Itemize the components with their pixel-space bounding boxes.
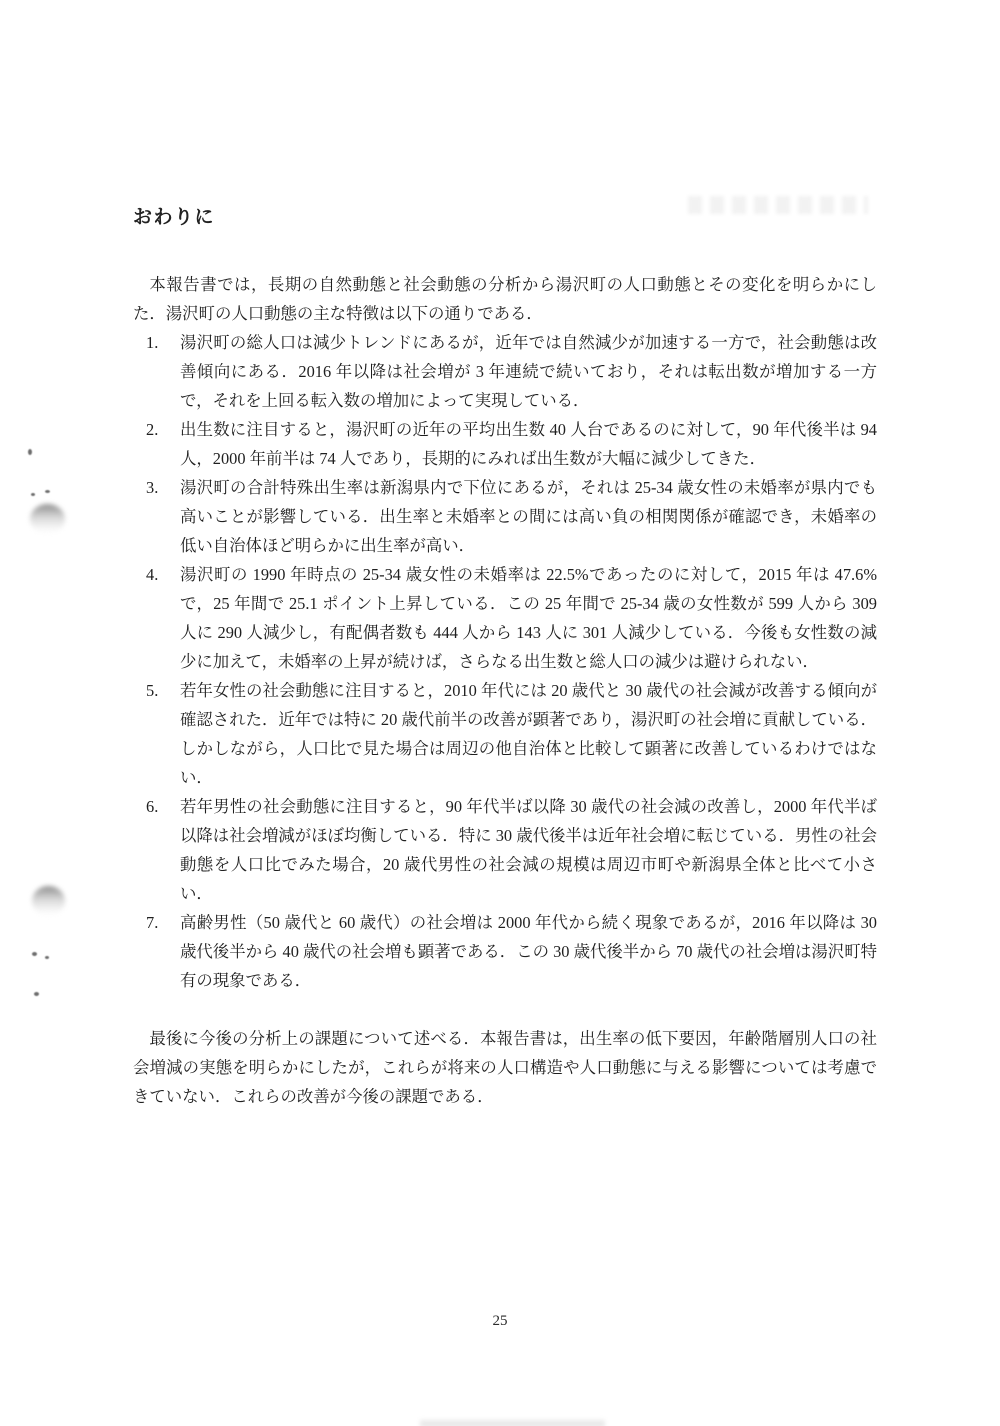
list-item-text: 湯沢町の合計特殊出生率は新潟県内で下位にあるが，それは 25-34 歳女性の未婚… bbox=[180, 473, 877, 560]
list-item-text: 湯沢町の総人口は減少トレンドにあるが，近年では自然減少が加速する一方で，社会動態… bbox=[180, 328, 877, 415]
list-item-text: 若年女性の社会動態に注目すると，2010 年代には 20 歳代と 30 歳代の社… bbox=[180, 676, 877, 792]
intro-paragraph: 本報告書では，長期の自然動態と社会動態の分析から湯沢町の人口動態とその変化を明ら… bbox=[133, 270, 877, 328]
list-item-text: 高齢男性（50 歳代と 60 歳代）の社会増は 2000 年代から続く現象である… bbox=[180, 908, 877, 995]
list-item-text: 若年男性の社会動態に注目すると，90 年代半ば以降 30 歳代の社会減の改善し，… bbox=[180, 792, 877, 908]
punch-hole-shadow-bottom bbox=[32, 886, 65, 916]
punch-hole-shadow-top bbox=[30, 504, 65, 534]
bottom-edge-smudge-artifact bbox=[420, 1420, 605, 1426]
numbered-list: 1. 湯沢町の総人口は減少トレンドにあるが，近年では自然減少が加速する一方で，社… bbox=[133, 328, 877, 995]
list-item-number: 5. bbox=[133, 676, 180, 705]
list-item-text: 出生数に注目すると，湯沢町の近年の平均出生数 40 人台であるのに対して，90 … bbox=[180, 415, 877, 473]
list-item-number: 6. bbox=[133, 792, 180, 821]
scan-speck bbox=[31, 493, 35, 496]
list-item-number: 1. bbox=[133, 328, 180, 357]
list-item: 3. 湯沢町の合計特殊出生率は新潟県内で下位にあるが，それは 25-34 歳女性… bbox=[133, 473, 877, 560]
list-item: 1. 湯沢町の総人口は減少トレンドにあるが，近年では自然減少が加速する一方で，社… bbox=[133, 328, 877, 415]
page-number: 25 bbox=[0, 1313, 1000, 1330]
list-item-number: 4. bbox=[133, 560, 180, 589]
list-item: 4. 湯沢町の 1990 年時点の 25-34 歳女性の未婚率は 22.5%であ… bbox=[133, 560, 877, 676]
list-item-number: 2. bbox=[133, 415, 180, 444]
list-item: 2. 出生数に注目すると，湯沢町の近年の平均出生数 40 人台であるのに対して，… bbox=[133, 415, 877, 473]
section-heading: おわりに bbox=[133, 202, 877, 229]
closing-paragraph: 最後に今後の分析上の課題について述べる．本報告書は，出生率の低下要因，年齢階層別… bbox=[133, 1024, 877, 1111]
list-item-number: 3. bbox=[133, 473, 180, 502]
list-item: 5. 若年女性の社会動態に注目すると，2010 年代には 20 歳代と 30 歳… bbox=[133, 676, 877, 792]
scan-speck bbox=[34, 992, 39, 996]
list-item-text: 湯沢町の 1990 年時点の 25-34 歳女性の未婚率は 22.5%であったの… bbox=[180, 560, 877, 676]
list-item: 7. 高齢男性（50 歳代と 60 歳代）の社会増は 2000 年代から続く現象… bbox=[133, 908, 877, 995]
scan-speck bbox=[32, 952, 37, 956]
list-item: 6. 若年男性の社会動態に注目すると，90 年代半ば以降 30 歳代の社会減の改… bbox=[133, 792, 877, 908]
scan-speck bbox=[28, 449, 32, 455]
scan-speck bbox=[45, 490, 50, 493]
scan-speck bbox=[45, 956, 49, 959]
document-body: おわりに 本報告書では，長期の自然動態と社会動態の分析から湯沢町の人口動態とその… bbox=[133, 202, 877, 1111]
list-item-number: 7. bbox=[133, 908, 180, 937]
